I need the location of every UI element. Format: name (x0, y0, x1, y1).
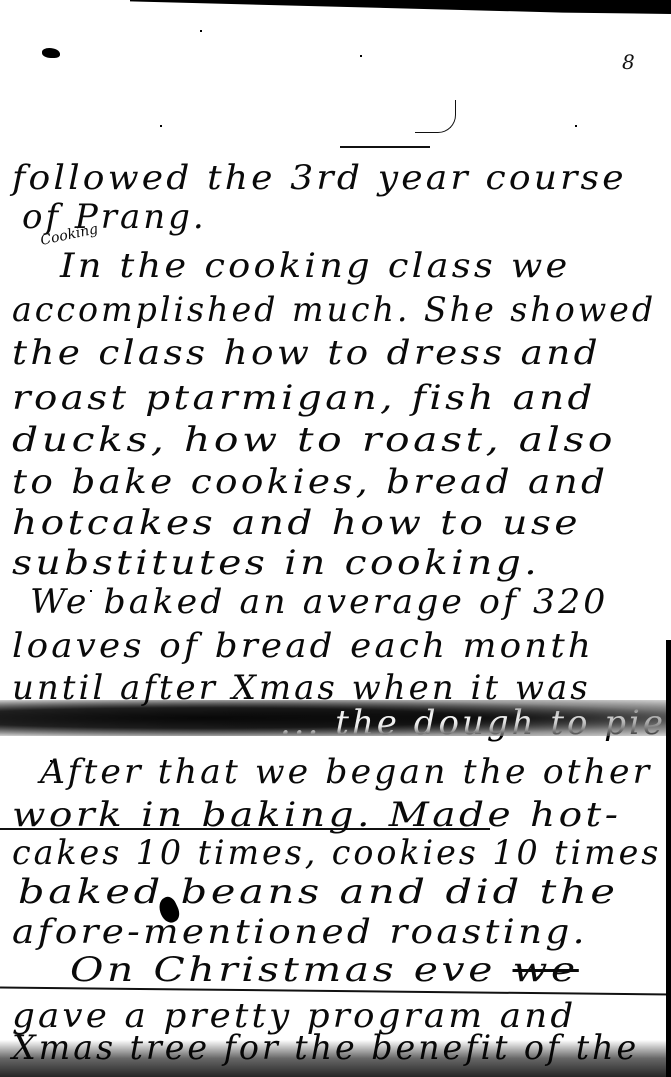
text-line: ducks, how to roast, also (12, 420, 616, 460)
text-line: In the cooking class we (60, 246, 570, 286)
text-line: We baked an average of 320 (30, 582, 608, 622)
text-line: substitutes in cooking. (12, 543, 540, 583)
text-line-obscured: ... the dough to pieces (280, 703, 671, 743)
scan-speckle (160, 125, 162, 127)
text-line: to bake cookies, bread and (12, 462, 608, 502)
text-line: of Prang. (22, 197, 207, 237)
text-line: On Christmas eve we (70, 950, 579, 990)
scan-speckle (90, 590, 92, 592)
text-line: accomplished much. She showed (12, 290, 656, 330)
pen-mark (415, 100, 456, 133)
struck-word: we (513, 950, 579, 990)
ink-blot (42, 48, 60, 58)
scan-speckle (200, 30, 202, 32)
text-line: baked beans and did the (18, 872, 619, 912)
scan-speckle (360, 55, 362, 57)
text-line: followed the 3rd year course (12, 158, 627, 198)
scan-edge-shadow (130, 0, 671, 14)
scan-right-edge (666, 640, 671, 1077)
text-line: cakes 10 times, cookies 10 times (12, 833, 661, 873)
page-number: 8 (622, 50, 635, 74)
scan-speckle (250, 640, 252, 642)
ruled-line (340, 146, 430, 148)
text-line: the class how to dress and (12, 333, 601, 373)
text-line: afore-mentioned roasting. (12, 912, 588, 952)
text-line: After that we began the other (40, 752, 652, 792)
scan-bottom-shadow (0, 1040, 671, 1077)
text-line: loaves of bread each month (12, 626, 594, 666)
scanned-document-page: 8 Cooking followed the 3rd year course o… (0, 0, 671, 1077)
text-line: roast ptarmigan, fish and (12, 378, 596, 418)
text-line: hotcakes and how to use (12, 503, 581, 543)
text-line: work in baking. Made hot- (12, 795, 621, 835)
scan-speckle (50, 760, 52, 762)
text-line-main: On Christmas eve (70, 950, 496, 990)
scan-speckle (575, 125, 577, 127)
